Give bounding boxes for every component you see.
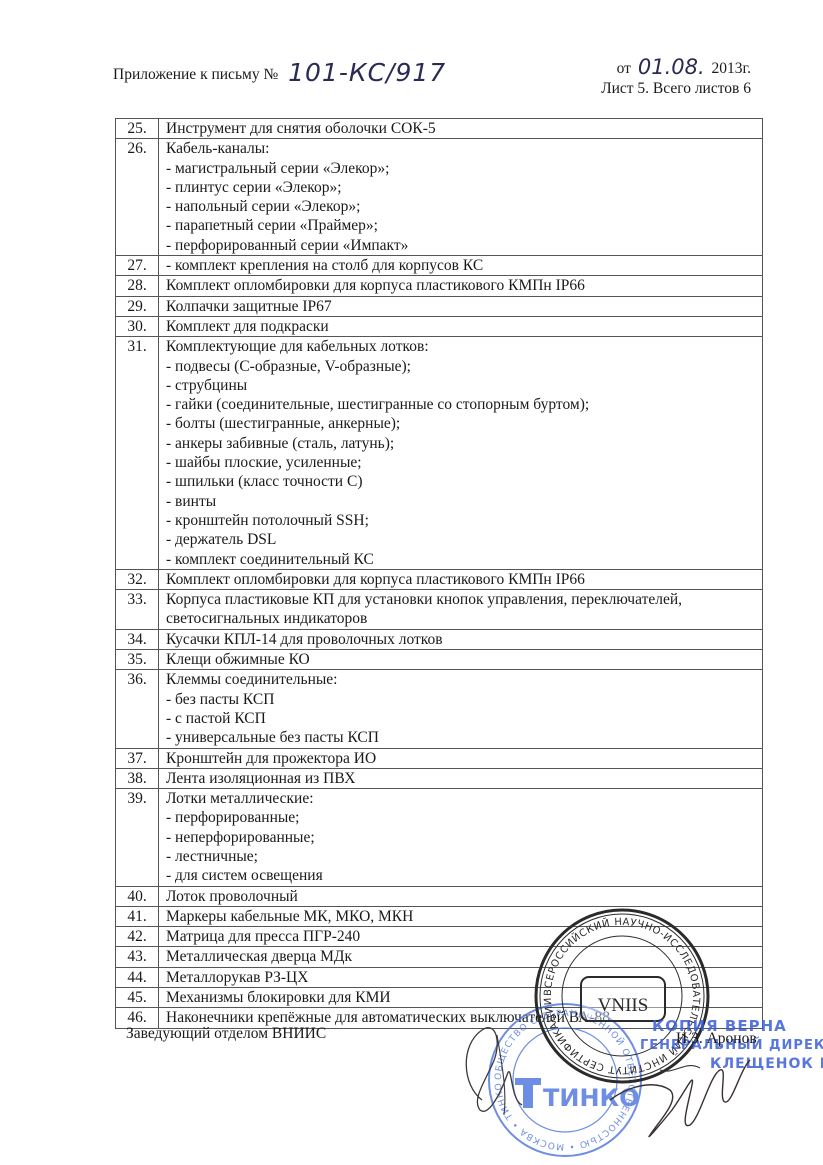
- item-description-line: Комплект опломбировки для корпуса пласти…: [166, 570, 762, 589]
- item-description-line: - шпильки (класс точности С): [166, 472, 762, 491]
- table-row: 29.Колпачки защитные IP67: [116, 296, 763, 316]
- institute-seal-center: VNIIS: [598, 995, 649, 1016]
- item-description-line: Кронштейн для прожектора ИО: [166, 749, 762, 768]
- item-description-line: - шайбы плоские, усиленные;: [166, 453, 762, 472]
- item-description: Комплект для подкраски: [159, 316, 763, 336]
- item-number: 45.: [116, 988, 159, 1008]
- item-description-line: - винты: [166, 492, 762, 511]
- item-number: 44.: [116, 967, 159, 987]
- item-number: 39.: [116, 789, 159, 886]
- item-description-line: - парапетный серии «Праймер»;: [166, 216, 762, 235]
- table-row: 38.Лента изоляционная из ПВХ: [116, 768, 763, 788]
- table-row: 27.- комплект крепления на столб для кор…: [116, 256, 763, 276]
- item-description-line: - комплект крепления на столб для корпус…: [166, 256, 762, 275]
- item-number: 31.: [116, 337, 159, 570]
- table-row: 31.Комплектующие для кабельных лотков:- …: [116, 337, 763, 570]
- footer-position: Заведующий отделом ВНИИС: [126, 1025, 326, 1043]
- item-description: Кронштейн для прожектора ИО: [159, 748, 763, 768]
- item-number: 40.: [116, 886, 159, 906]
- item-description-line: - магистральный серии «Элекор»;: [166, 159, 762, 178]
- item-description-line: - напольный серии «Элекор»;: [166, 197, 762, 216]
- document-header-left: Приложение к письму № 101-КС/917: [113, 56, 446, 85]
- item-description: Колпачки защитные IP67: [159, 296, 763, 316]
- item-description: Инструмент для снятия оболочки СОК-5: [159, 119, 763, 139]
- item-description-line: - держатель DSL: [166, 530, 762, 549]
- item-description: Комплект опломбировки для корпуса пласти…: [159, 276, 763, 296]
- table-row: 36.Клеммы соединительные:- без пасты КСП…: [116, 670, 763, 748]
- item-description-line: - неперфорированные;: [166, 828, 762, 847]
- item-description-line: - плинтус серии «Элекор»;: [166, 178, 762, 197]
- item-number: 34.: [116, 629, 159, 649]
- item-description-line: - струбцины: [166, 376, 762, 395]
- item-description-line: Комплект опломбировки для корпуса пласти…: [166, 276, 762, 295]
- sheet-info: Лист 5. Всего листов 6: [601, 79, 751, 99]
- table-row: 26.Кабель-каналы:- магистральный серии «…: [116, 139, 763, 256]
- item-description: Лотки металлические:- перфорированные;- …: [159, 789, 763, 886]
- item-description-line: Комплект для подкраски: [166, 317, 762, 336]
- item-number: 28.: [116, 276, 159, 296]
- item-number: 38.: [116, 768, 159, 788]
- item-description: Клеммы соединительные:- без пасты КСП- с…: [159, 670, 763, 748]
- item-number: 25.: [116, 119, 159, 139]
- item-description-line: - гайки (соединительные, шестигранные со…: [166, 395, 762, 414]
- item-description-line: - лестничные;: [166, 847, 762, 866]
- table-row: 33.Корпуса пластиковые КП для установки …: [116, 590, 763, 630]
- item-description: Комплектующие для кабельных лотков:- под…: [159, 337, 763, 570]
- item-description-line: Клещи обжимные КО: [166, 650, 762, 669]
- item-description-line: Клеммы соединительные:: [166, 670, 762, 689]
- item-description-line: светосигнальных индикаторов: [166, 609, 762, 628]
- item-number: 35.: [116, 650, 159, 670]
- item-description-line: - болты (шестигранные, анкерные);: [166, 414, 762, 433]
- item-description-line: - подвесы (С-образные, V-образные);: [166, 357, 762, 376]
- item-description-line: Колпачки защитные IP67: [166, 297, 762, 316]
- item-number: 41.: [116, 906, 159, 926]
- item-description-line: - перфорированные;: [166, 808, 762, 827]
- table-row: 40.Лоток проволочный: [116, 886, 763, 906]
- item-number: 42.: [116, 927, 159, 947]
- item-description-line: Лоток проволочный: [166, 887, 762, 906]
- item-description-line: Кабель-каналы:: [166, 139, 762, 158]
- table-row: 39.Лотки металлические:- перфорированные…: [116, 789, 763, 886]
- document-header-right: от 01.08. 2013г. Лист 5. Всего листов 6: [601, 56, 751, 99]
- item-description: Кабель-каналы:- магистральный серии «Эле…: [159, 139, 763, 256]
- item-description-line: Комплектующие для кабельных лотков:: [166, 337, 762, 356]
- item-number: 33.: [116, 590, 159, 630]
- item-number: 26.: [116, 139, 159, 256]
- table-row: 34.Кусачки КПЛ-14 для проволочных лотков: [116, 629, 763, 649]
- item-description: Клещи обжимные КО: [159, 650, 763, 670]
- item-description-line: - кронштейн потолочный SSH;: [166, 511, 762, 530]
- letter-number-handwritten: 101-КС/917: [288, 58, 446, 87]
- item-description-line: - с пастой КСП: [166, 709, 762, 728]
- item-number: 37.: [116, 748, 159, 768]
- date-handwritten: 01.08.: [638, 55, 705, 79]
- item-description-line: Инструмент для снятия оболочки СОК-5: [166, 119, 762, 138]
- annex-label: Приложение к письму №: [113, 66, 278, 83]
- item-description-line: Корпуса пластиковые КП для установки кно…: [166, 590, 762, 609]
- items-table: 25.Инструмент для снятия оболочки СОК-52…: [115, 118, 763, 1029]
- item-description-line: - для систем освещения: [166, 866, 762, 885]
- table-row: 37.Кронштейн для прожектора ИО: [116, 748, 763, 768]
- item-number: 43.: [116, 947, 159, 967]
- item-description: - комплект крепления на столб для корпус…: [159, 256, 763, 276]
- item-description-line: Кусачки КПЛ-14 для проволочных лотков: [166, 630, 762, 649]
- item-description-line: - без пасты КСП: [166, 690, 762, 709]
- table-row: 35.Клещи обжимные КО: [116, 650, 763, 670]
- item-number: 32.: [116, 569, 159, 589]
- item-description: Комплект опломбировки для корпуса пласти…: [159, 569, 763, 589]
- table-row: 30.Комплект для подкраски: [116, 316, 763, 336]
- table-row: 25.Инструмент для снятия оболочки СОК-5: [116, 119, 763, 139]
- item-description-line: Лента изоляционная из ПВХ: [166, 769, 762, 788]
- item-number: 27.: [116, 256, 159, 276]
- signature-left-icon: [452, 1005, 542, 1125]
- date-year: 2013г.: [712, 60, 751, 77]
- item-number: 30.: [116, 316, 159, 336]
- item-description: Лоток проволочный: [159, 886, 763, 906]
- date-prefix: от: [617, 60, 631, 77]
- table-row: 28.Комплект опломбировки для корпуса пла…: [116, 276, 763, 296]
- item-description: Кусачки КПЛ-14 для проволочных лотков: [159, 629, 763, 649]
- item-description: Корпуса пластиковые КП для установки кно…: [159, 590, 763, 630]
- item-description-line: - перфорированный серии «Импакт»: [166, 236, 762, 255]
- item-description-line: - универсальные без пасты КСП: [166, 728, 762, 747]
- date-line: от 01.08. 2013г.: [601, 56, 751, 79]
- item-description-line: Лотки металлические:: [166, 789, 762, 808]
- item-number: 36.: [116, 670, 159, 748]
- item-description: Лента изоляционная из ПВХ: [159, 768, 763, 788]
- table-row: 32.Комплект опломбировки для корпуса пла…: [116, 569, 763, 589]
- item-number: 29.: [116, 296, 159, 316]
- item-description-line: - комплект соединительный КС: [166, 550, 762, 569]
- item-description-line: - анкеры забивные (сталь, латунь);: [166, 434, 762, 453]
- items-table-body: 25.Инструмент для снятия оболочки СОК-52…: [116, 119, 763, 1029]
- signature-right-icon: [600, 1030, 760, 1150]
